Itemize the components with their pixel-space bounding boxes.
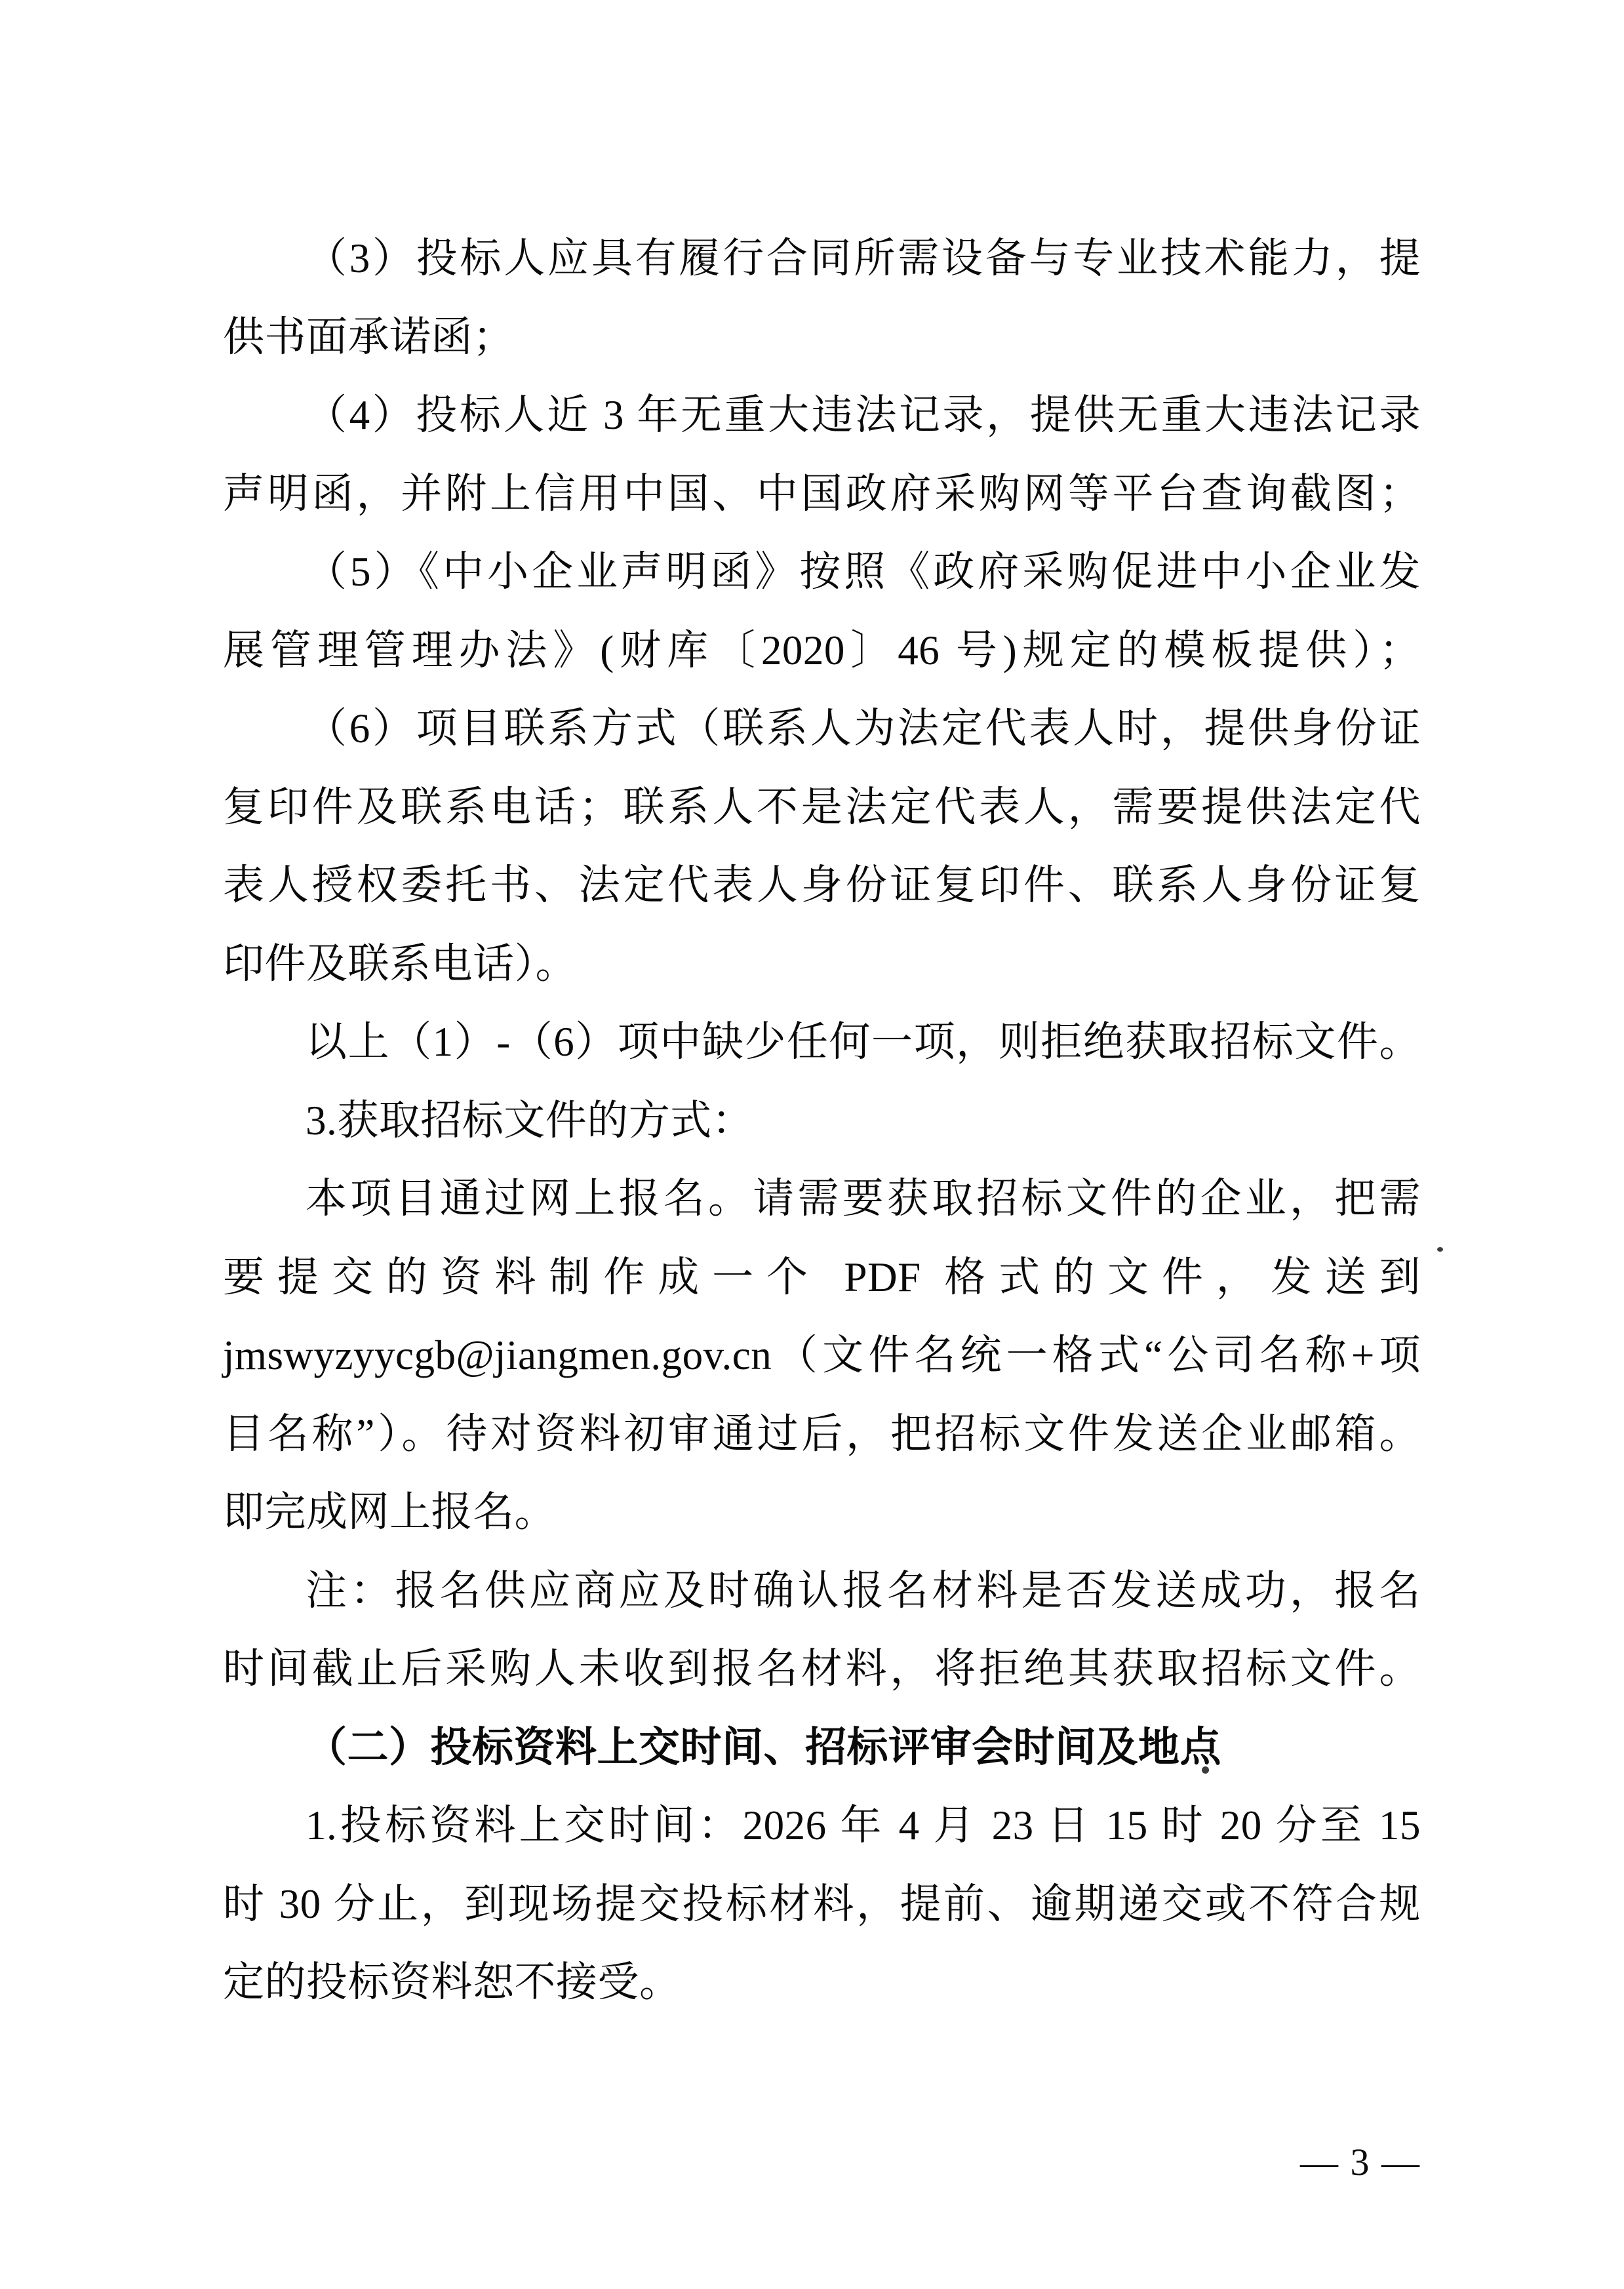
text-line: 声明函，并附上信用中国、中国政府采购网等平台查询截图； [223, 455, 1421, 534]
text-line: （5）《中小企业声明函》按照《政府采购促进中小企业发 [223, 533, 1421, 612]
text-line: 时间截止后采购人未收到报名材料，将拒绝其获取招标文件。 [223, 1630, 1421, 1709]
text-line: 复印件及联系电话；联系人不是法定代表人，需要提供法定代 [223, 768, 1421, 847]
section-heading: （二）投标资料上交时间、招标评审会时间及地点 [223, 1709, 1421, 1787]
text-line: 1.投标资料上交时间：2026 年 4 月 23 日 15 时 20 分至 15 [223, 1787, 1421, 1865]
text-line: 展管理管理办法》(财库〔2020〕46 号)规定的模板提供）； [223, 612, 1421, 690]
text-line: 定的投标资料恕不接受。 [223, 1943, 1421, 2022]
text-line: （4）投标人近 3 年无重大违法记录，提供无重大违法记录 [223, 376, 1421, 455]
email-line: jmswyzyycgb@jiangmen.gov.cn（文件名统一格式“公司名称… [223, 1317, 1421, 1395]
text-line: （6）项目联系方式（联系人为法定代表人时，提供身份证 [223, 690, 1421, 768]
scan-artifact-dot [1437, 1247, 1443, 1252]
text-line: （3）投标人应具有履行合同所需设备与专业技术能力，提 [223, 220, 1421, 298]
text-line: 印件及联系电话）。 [223, 925, 1421, 1004]
text-line: 以上（1）-（6）项中缺少任何一项，则拒绝获取招标文件。 [223, 1003, 1421, 1082]
document-body: （3）投标人应具有履行合同所需设备与专业技术能力，提 供书面承诺函； （4）投标… [223, 220, 1421, 2022]
page-number: — 3 — [1180, 2136, 1421, 2189]
scan-artifact-dot [1202, 1766, 1209, 1774]
scanned-document-page: （3）投标人应具有履行合同所需设备与专业技术能力，提 供书面承诺函； （4）投标… [0, 0, 1624, 2289]
text-line: 3.获取招标文件的方式： [223, 1082, 1421, 1161]
text-line: 本项目通过网上报名。请需要获取招标文件的企业，把需 [223, 1160, 1421, 1239]
text-line: 供书面承诺函； [223, 298, 1421, 377]
text-line: 注：报名供应商应及时确认报名材料是否发送成功，报名 [223, 1552, 1421, 1631]
text-line: 即完成网上报名。 [223, 1473, 1421, 1552]
text-line: 要提交的资料制作成一个 PDF 格式的文件，发送到 [223, 1239, 1421, 1317]
text-line: 时 30 分止，到现场提交投标材料，提前、逾期递交或不符合规 [223, 1865, 1421, 1944]
text-line: 表人授权委托书、法定代表人身份证复印件、联系人身份证复 [223, 846, 1421, 925]
text-line: 目名称”）。待对资料初审通过后，把招标文件发送企业邮箱。 [223, 1395, 1421, 1474]
